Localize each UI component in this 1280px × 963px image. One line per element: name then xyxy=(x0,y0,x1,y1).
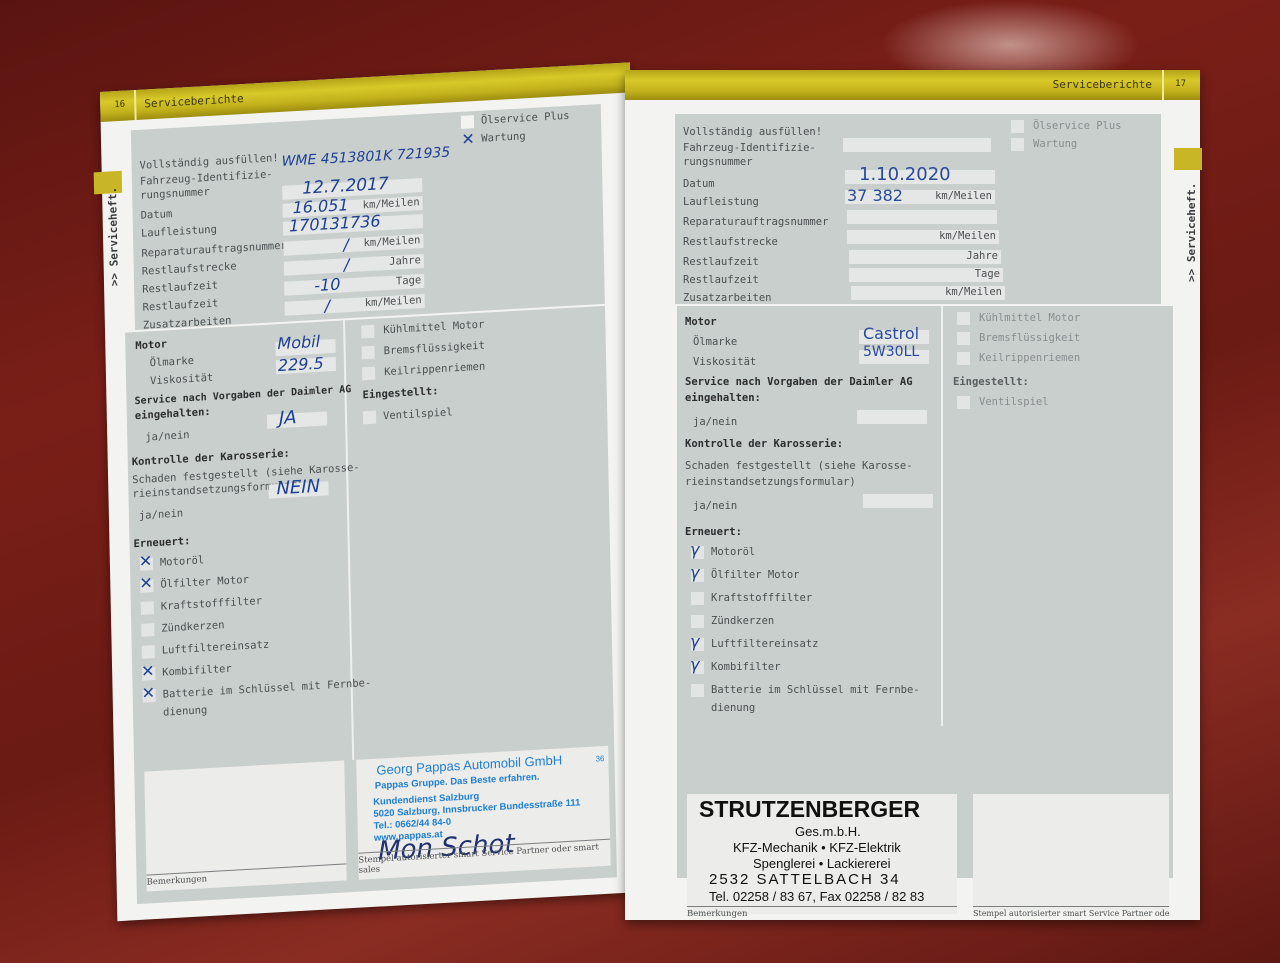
daimler-value: JA xyxy=(279,407,297,429)
rest-days-unit: Tage xyxy=(975,268,1000,280)
fin-value: WME 4513801K 721935 xyxy=(281,144,450,169)
check-mark-icon: γ xyxy=(690,655,699,674)
fin-field[interactable] xyxy=(843,138,991,152)
rest-days-field[interactable]: -10 Tage xyxy=(284,274,424,296)
rest-years-unit: Jahre xyxy=(389,254,421,268)
renewed-item-label: Ölfilter Motor xyxy=(160,574,249,591)
daimler-yes-no-label: ja/nein xyxy=(693,416,737,428)
rest-years-label: Restlaufzeit xyxy=(683,256,759,268)
renewed-item-label: Luftfiltereinsatz xyxy=(711,638,818,650)
stamp-legal-form: Ges.m.b.H. xyxy=(795,824,861,839)
oilservice-label: Ölservice Plus xyxy=(481,110,570,127)
check-mark-icon: γ xyxy=(690,540,699,559)
stamp-address: 2532 SATTELBACH 34 xyxy=(709,871,901,888)
viscosity-field[interactable]: 5W30LL xyxy=(859,350,929,364)
check-mark-icon: ✕ xyxy=(141,683,155,703)
wartung-label: Wartung xyxy=(1033,138,1077,150)
rest-distance-unit: km/Meilen xyxy=(363,234,420,249)
maintenance-item-label: Kühlmittel Motor xyxy=(383,319,484,337)
viscosity-field[interactable]: 229.5 xyxy=(276,357,336,374)
mileage-label: Laufleistung xyxy=(683,196,759,208)
renewed-item-label: Batterie im Schlüssel mit Fernbe- xyxy=(711,684,920,696)
left-page: 16 Serviceberichte >> Serviceheft. Ölser… xyxy=(100,62,647,921)
rest-distance-unit: km/Meilen xyxy=(939,230,996,242)
mileage-value: 37 382 xyxy=(847,186,903,205)
check-mark-icon: ✕ xyxy=(141,661,155,681)
renewed-item-label: Kraftstofffilter xyxy=(711,592,812,604)
wartung-checkbox[interactable] xyxy=(1011,138,1024,151)
vehicle-info-section: Ölservice Plus ✕ Wartung Vollständig aus… xyxy=(131,104,605,330)
date-label: Datum xyxy=(141,208,173,222)
viscosity-label: Viskosität xyxy=(150,372,213,388)
body-check-text-2: rieinstandsetzungsformular) xyxy=(685,476,856,488)
maintenance-item-label: Bremsflüssigkeit xyxy=(384,340,485,358)
repair-order-value: 170131736 xyxy=(289,211,381,235)
maintenance-item-label: Bremsflüssigkeit xyxy=(979,332,1080,344)
renewed-item-label: Ölfilter Motor xyxy=(711,569,800,581)
renewed-heading: Erneuert: xyxy=(685,526,742,538)
remarks-caption: Bemerkungen xyxy=(687,906,957,919)
fin-field[interactable]: WME 4513801K 721935 xyxy=(282,150,422,172)
extra-work-field[interactable]: / km/Meilen xyxy=(285,294,425,316)
body-check-field[interactable]: NEIN xyxy=(268,481,328,498)
renewed-item-label: Motoröl xyxy=(160,554,205,568)
intro-label: Vollständig ausfüllen! xyxy=(683,126,822,138)
oil-brand-field[interactable]: Castrol xyxy=(859,330,929,344)
body-check-field[interactable] xyxy=(863,494,933,508)
ventilspiel-checkbox[interactable] xyxy=(363,411,376,425)
extra-work-label: Zusatzarbeiten xyxy=(683,292,772,304)
body-check-heading: Kontrolle der Karosserie: xyxy=(685,438,843,450)
maintenance-checkbox[interactable] xyxy=(957,332,970,345)
rest-days-unit: Tage xyxy=(396,274,422,287)
motor-heading: Motor xyxy=(685,316,717,328)
vehicle-info-section: Ölservice Plus Wartung Vollständig ausfü… xyxy=(675,114,1161,304)
band-separator xyxy=(1162,70,1164,100)
rest-years-field[interactable]: / Jahre xyxy=(284,254,424,276)
daimler-heading-2: eingehalten: xyxy=(135,406,211,422)
renewed-item-label-2: dienung xyxy=(711,702,755,714)
check-mark-icon: ✕ xyxy=(139,573,153,593)
extra-work-value: / xyxy=(324,296,330,315)
daimler-heading-2: eingehalten: xyxy=(685,392,761,404)
rest-years-value: / xyxy=(344,255,350,274)
stamp-services-2: Spenglerei • Lackiererei xyxy=(753,856,891,871)
maintenance-checkbox[interactable] xyxy=(362,346,375,360)
rest-days-field[interactable]: Tage xyxy=(849,268,1003,282)
maintenance-checkbox[interactable] xyxy=(957,312,970,325)
maintenance-checkbox[interactable] xyxy=(957,352,970,365)
rest-distance-label: Restlaufstrecke xyxy=(683,236,778,248)
extra-work-field[interactable]: km/Meilen xyxy=(851,286,1005,300)
right-page: Serviceberichte 17 >> Serviceheft. Ölser… xyxy=(625,70,1200,920)
service-details-section: Motor Ölmarke Castrol Viskosität 5W30LL … xyxy=(677,306,1173,878)
check-mark-icon: γ xyxy=(690,563,699,582)
maintenance-checkbox[interactable] xyxy=(361,325,374,339)
ventilspiel-checkbox[interactable] xyxy=(957,396,970,409)
body-check-yes-no-label: ja/nein xyxy=(693,500,737,512)
rest-years-field[interactable]: Jahre xyxy=(849,250,1001,264)
mileage-label: Laufleistung xyxy=(141,224,217,240)
remarks-box[interactable]: STRUTZENBERGER Ges.m.b.H. KFZ-Mechanik •… xyxy=(687,794,957,914)
page-title: Serviceberichte xyxy=(1053,78,1152,91)
body-check-heading: Kontrolle der Karosserie: xyxy=(132,447,290,468)
wartung-label: Wartung xyxy=(481,130,526,144)
maintenance-item-label: Keilrippenriemen xyxy=(979,352,1080,364)
rest-distance-field[interactable]: km/Meilen xyxy=(847,230,999,244)
viscosity-value: 5W30LL xyxy=(863,344,919,360)
rest-distance-label: Restlaufstrecke xyxy=(142,260,237,277)
side-label: >> Serviceheft. xyxy=(1185,183,1198,282)
renewed-item-label: Motoröl xyxy=(711,546,755,558)
rest-days-value: -10 xyxy=(314,275,341,295)
renewed-checkbox[interactable] xyxy=(691,592,704,605)
rest-days-label: Restlaufzeit xyxy=(683,274,759,286)
remarks-caption: Bemerkungen xyxy=(146,863,346,887)
renewed-item-label: Batterie im Schlüssel mit Fernbe- xyxy=(163,677,372,701)
mileage-unit: km/Meilen xyxy=(363,196,420,211)
oilservice-checkbox[interactable] xyxy=(1011,120,1024,133)
oil-brand-value: Castrol xyxy=(863,324,919,343)
date-field[interactable]: 1.10.2020 xyxy=(845,170,995,184)
date-value: 1.10.2020 xyxy=(859,164,951,185)
stamp-caption: Stempel autorisierter smart Service Part… xyxy=(973,906,1169,918)
page-number: 17 xyxy=(1175,79,1186,89)
fin-label: Fahrzeug-Identifizie- xyxy=(683,142,816,154)
header-band: Serviceberichte 17 xyxy=(625,70,1200,100)
viscosity-label: Viskosität xyxy=(693,356,756,368)
renewed-checkbox[interactable] xyxy=(141,623,154,637)
rest-distance-field[interactable]: / km/Meilen xyxy=(283,234,423,256)
renewed-checkbox[interactable] xyxy=(142,645,155,659)
fin-label: Fahrzeug-Identifizie- xyxy=(140,168,273,187)
renewed-item-label-2: dienung xyxy=(163,704,208,718)
renewed-item-label: Kraftstofffilter xyxy=(161,595,262,613)
renewed-checkbox[interactable] xyxy=(141,601,154,615)
daimler-yes-no-label: ja/nein xyxy=(145,429,190,443)
oil-brand-label: Ölmarke xyxy=(150,355,195,369)
renewed-item-label: Zündkerzen xyxy=(711,615,774,627)
adjusted-heading: Eingestellt: xyxy=(362,385,438,401)
rest-days-label: Restlaufzeit xyxy=(142,297,218,313)
side-tab xyxy=(1174,148,1202,170)
page-title: Serviceberichte xyxy=(144,92,244,111)
page-number: 16 xyxy=(114,100,125,111)
ventilspiel-label: Ventilspiel xyxy=(383,406,453,422)
renewed-checkbox[interactable] xyxy=(691,615,704,628)
stamp-box xyxy=(973,794,1169,910)
maintenance-checkbox[interactable] xyxy=(362,367,375,381)
stamp-box: Georg Pappas Automobil GmbH 36 Pappas Gr… xyxy=(356,746,610,880)
oil-brand-value: Mobil xyxy=(277,332,320,353)
date-label: Datum xyxy=(683,178,715,190)
remarks-box[interactable]: Bemerkungen xyxy=(144,761,346,892)
maintenance-item-label: Kühlmittel Motor xyxy=(979,312,1080,324)
oilservice-label: Ölservice Plus xyxy=(1033,120,1122,132)
mileage-unit: km/Meilen xyxy=(935,190,992,202)
extra-work-unit: km/Meilen xyxy=(945,286,1002,298)
oil-brand-label: Ölmarke xyxy=(693,336,737,348)
renewed-heading: Erneuert: xyxy=(133,535,190,550)
side-label: >> Serviceheft. xyxy=(106,187,121,287)
stamp-phone: Tel. 02258 / 83 67, Fax 02258 / 82 83 xyxy=(709,889,924,904)
daimler-field[interactable]: JA xyxy=(267,411,327,428)
fin-label-2: rungsnummer xyxy=(683,156,753,168)
repair-order-field[interactable] xyxy=(847,210,997,224)
body-check-yes-no-label: ja/nein xyxy=(139,507,184,521)
renewed-checkbox[interactable] xyxy=(691,684,704,697)
rest-years-unit: Jahre xyxy=(966,250,998,262)
oilservice-checkbox[interactable] xyxy=(461,115,474,129)
fin-label-2: rungsnummer xyxy=(140,186,210,202)
renewed-item-label: Zündkerzen xyxy=(161,619,224,635)
rest-distance-value: / xyxy=(343,235,349,254)
viscosity-value: 229.5 xyxy=(278,354,324,376)
repair-order-label: Reparaturauftragsnummer xyxy=(683,216,828,228)
service-details-section: Motor Ölmarke Mobil Viskosität 229.5 Ser… xyxy=(125,306,617,904)
motor-heading: Motor xyxy=(135,338,167,352)
adjusted-heading: Eingestellt: xyxy=(953,376,1029,388)
mileage-field[interactable]: 37 382 km/Meilen xyxy=(845,190,995,204)
stamp-services: KFZ-Mechanik • KFZ-Elektrik xyxy=(733,840,901,855)
stamp-code: 36 xyxy=(595,754,604,763)
repair-order-field[interactable]: 170131736 xyxy=(283,214,423,236)
extra-work-unit: km/Meilen xyxy=(365,294,422,309)
check-mark-icon: ✕ xyxy=(139,551,153,571)
wartung-checkmark[interactable]: ✕ xyxy=(461,129,475,149)
body-check-value: NEIN xyxy=(276,476,320,499)
band-separator xyxy=(134,90,137,120)
renewed-item-label: Kombifilter xyxy=(162,663,232,679)
maintenance-item-label: Keilrippenriemen xyxy=(384,361,485,379)
daimler-field[interactable] xyxy=(857,410,927,424)
body-check-text: Schaden festgestellt (siehe Karosse- xyxy=(685,460,913,472)
renewed-item-label: Kombifilter xyxy=(711,661,781,673)
column-divider xyxy=(941,306,943,726)
check-mark-icon: γ xyxy=(690,632,699,651)
rest-years-label: Restlaufzeit xyxy=(142,279,218,295)
stamp-company: STRUTZENBERGER xyxy=(699,796,920,823)
renewed-item-label: Luftfiltereinsatz xyxy=(162,639,270,657)
daimler-heading: Service nach Vorgaben der Daimler AG xyxy=(685,376,913,388)
ventilspiel-label: Ventilspiel xyxy=(979,396,1049,408)
repair-order-label: Reparaturauftragsnummer xyxy=(141,240,287,260)
daimler-heading: Service nach Vorgaben der Daimler AG xyxy=(134,384,351,407)
